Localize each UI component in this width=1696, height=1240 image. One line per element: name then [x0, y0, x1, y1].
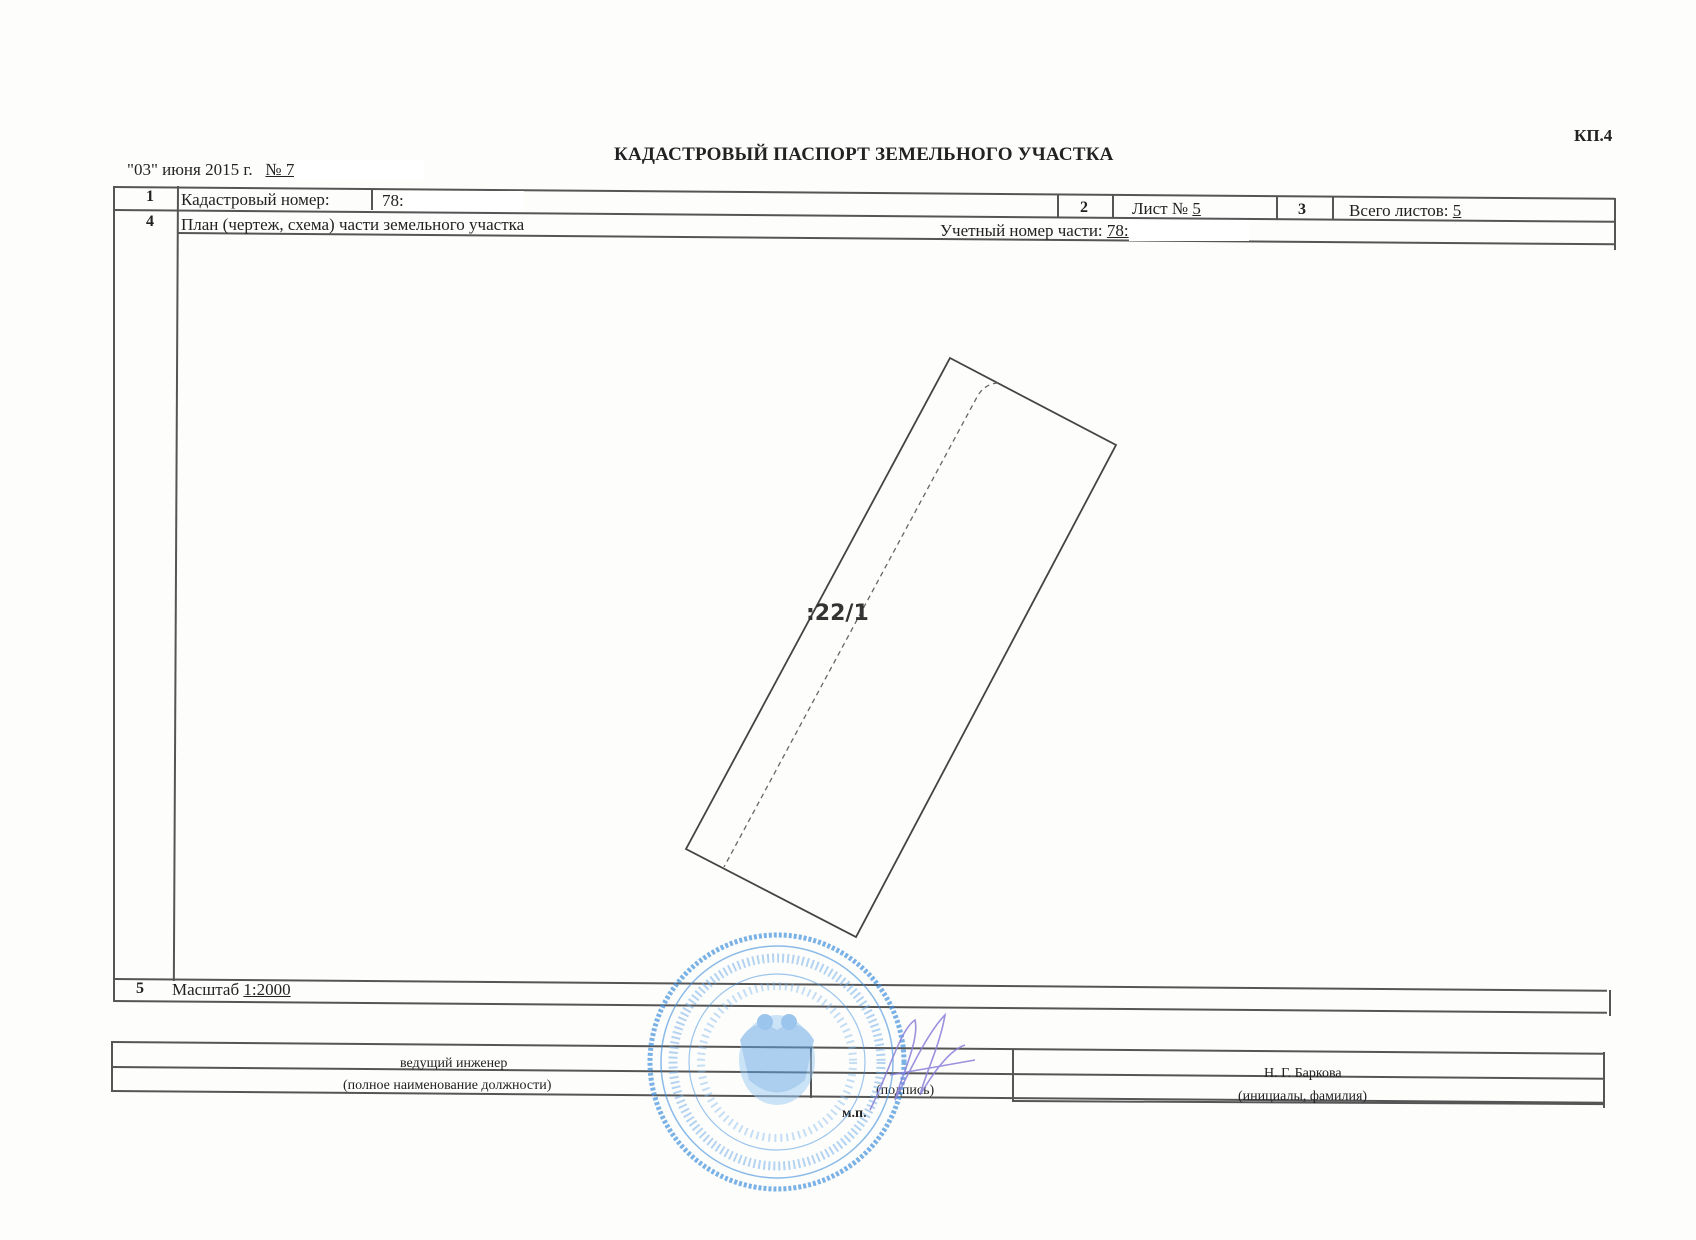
row-5-number: 5 [136, 980, 144, 998]
parcel-label: :22/1 [806, 601, 869, 626]
name-caption: (инициалы, фамилия) [1238, 1089, 1367, 1105]
parcel-boundary [686, 358, 1116, 937]
scale: Масштаб 1:2000 [172, 980, 291, 1000]
position-caption: (полное наименование должности) [343, 1078, 551, 1094]
handwritten-signature [860, 1000, 980, 1130]
eagle-emblem-icon [739, 1014, 815, 1105]
cadastral-passport-page: КП.4 КАДАСТРОВЫЙ ПАСПОРТ ЗЕМЕЛЬНОГО УЧАС… [0, 0, 1696, 1240]
official-name: Н. Г. Баркова [1264, 1066, 1342, 1082]
official-position: ведущий инженер [400, 1056, 507, 1072]
